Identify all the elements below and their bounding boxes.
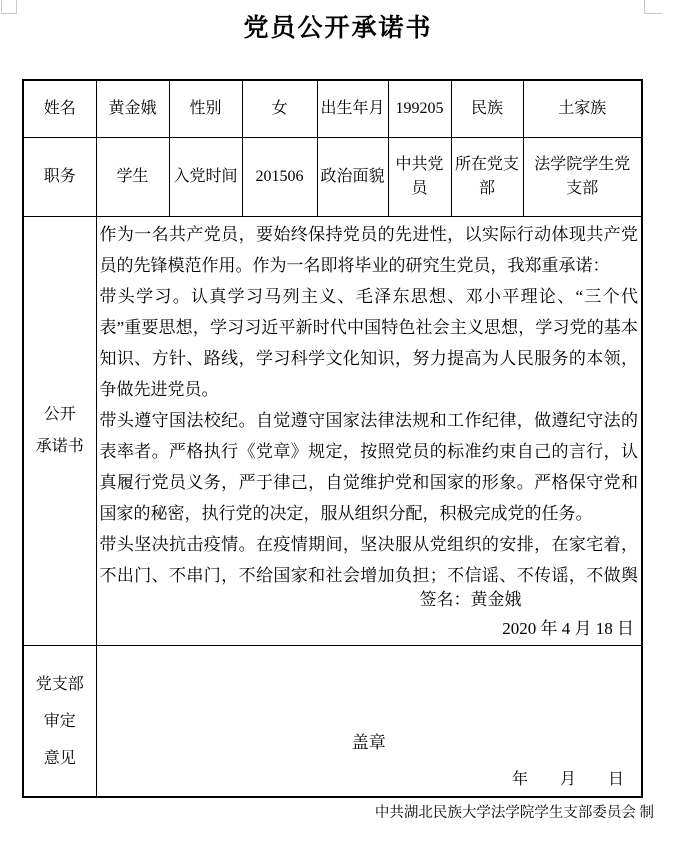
review-row: 党支部 审定 意见 盖章 年 月 日 — [23, 646, 642, 798]
political-status-value-cell: 中共党员 — [388, 138, 451, 217]
commitment-form-table: 姓名 黄金娥 性别 女 出生年月 199205 民族 土家族 职务 学生 入党时… — [22, 79, 643, 798]
review-label-line-3: 意见 — [27, 740, 93, 777]
signature-line: 签名：黄金娥 — [100, 585, 639, 615]
political-status-label-cell: 政治面貌 — [317, 138, 388, 217]
review-label-line-1: 党支部 — [27, 666, 93, 703]
review-date-placeholder: 年 月 日 — [100, 770, 639, 790]
position-label-cell: 职务 — [23, 138, 96, 217]
page-margin-mark-left — [1, 0, 17, 14]
birth-date-value-cell: 199205 — [388, 80, 451, 138]
ethnicity-value-cell: 土家族 — [523, 80, 642, 138]
commitment-label-line-1: 公开 — [27, 399, 93, 431]
commitment-label-line-2: 承诺书 — [27, 431, 93, 463]
commitment-text-cell: 作为一名共产党员，要始终保持党员的先进性，以实际行动体现共产党员的先锋模范作用。… — [96, 217, 642, 646]
party-branch-value-cell: 法学院学生党支部 — [523, 138, 642, 217]
commitment-row: 公开 承诺书 作为一名共产党员，要始终保持党员的先进性，以实际行动体现共产党员的… — [23, 217, 642, 646]
commitment-paragraph-study: 带头学习。认真学习马列主义、毛泽东思想、邓小平理论、“三个代表”重要思想，学习习… — [100, 281, 639, 405]
issuer-note: 中共湖北民族大学法学院学生支部委员会 制 — [22, 804, 654, 823]
ethnicity-label-cell: 民族 — [451, 80, 523, 138]
document-page: 党员公开承诺书 姓名 黄金娥 性别 女 出生年月 199205 民族 土家族 职… — [0, 0, 676, 849]
commitment-paragraph-law: 带头遵守国法校纪。自觉遵守国家法律法规和工作纪律，做遵纪守法的表率者。严格执行《… — [100, 405, 639, 529]
commitment-paragraph-epidemic: 带头坚决抗击疫情。在疫情期间，坚决服从党组织的安排，在家宅着，不出门、不串门，不… — [100, 529, 639, 585]
party-branch-label-cell: 所在党支部 — [451, 138, 523, 217]
info-row-2: 职务 学生 入党时间 201506 政治面貌 中共党员 所在党支部 法学院学生党… — [23, 138, 642, 217]
join-date-value-cell: 201506 — [242, 138, 317, 217]
commitment-paragraphs: 作为一名共产党员，要始终保持党员的先进性，以实际行动体现共产党员的先锋模范作用。… — [100, 219, 639, 585]
commitment-section-label: 公开 承诺书 — [23, 217, 96, 646]
position-value-cell: 学生 — [96, 138, 169, 217]
review-seal-cell: 盖章 年 月 日 — [96, 646, 642, 798]
birth-date-label-cell: 出生年月 — [317, 80, 388, 138]
seal-label: 盖章 — [100, 732, 639, 754]
name-label-cell: 姓名 — [23, 80, 96, 138]
review-label-line-2: 审定 — [27, 703, 93, 740]
page-title: 党员公开承诺书 — [0, 14, 676, 44]
join-date-label-cell: 入党时间 — [169, 138, 242, 217]
commitment-paragraph-intro: 作为一名共产党员，要始终保持党员的先进性，以实际行动体现共产党员的先锋模范作用。… — [100, 219, 639, 281]
gender-label-cell: 性别 — [169, 80, 242, 138]
commitment-date: 2020 年 4 月 18 日 — [100, 615, 639, 643]
name-value-cell: 黄金娥 — [96, 80, 169, 138]
gender-value-cell: 女 — [242, 80, 317, 138]
review-section-label: 党支部 审定 意见 — [23, 646, 96, 798]
info-row-1: 姓名 黄金娥 性别 女 出生年月 199205 民族 土家族 — [23, 80, 642, 138]
page-margin-mark-right — [644, 0, 662, 14]
